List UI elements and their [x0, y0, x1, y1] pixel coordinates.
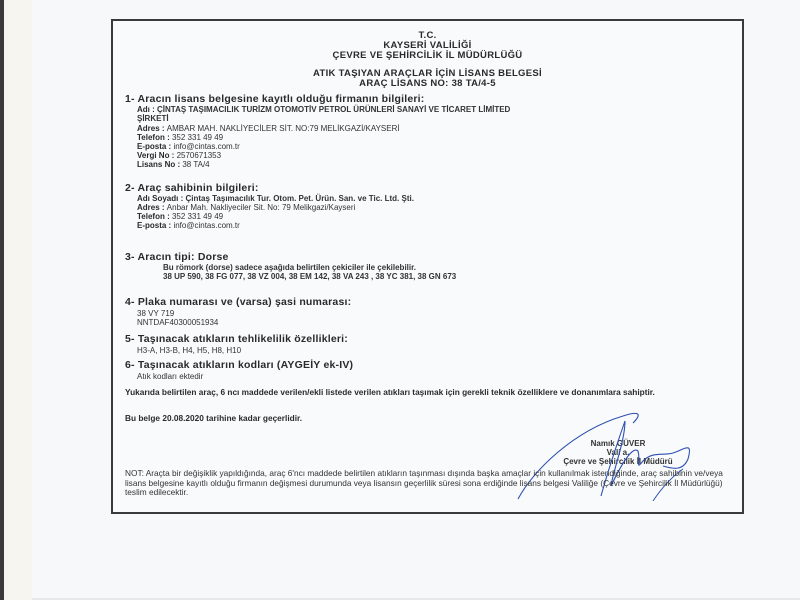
- license-document: T.C. KAYSERİ VALİLİĞİ ÇEVRE VE ŞEHİRCİLİ…: [111, 19, 744, 514]
- company-name: ÇİNTAŞ TAŞIMACILIK TURİZM OTOMOTİV PETRO…: [157, 105, 510, 114]
- label: Telefon :: [137, 133, 172, 142]
- label: E-posta :: [137, 221, 173, 230]
- section4-title: 4- Plaka numarası ve (varsa) şasi numara…: [125, 296, 351, 308]
- label: Adı Soyadı :: [137, 194, 185, 203]
- section6-title: 6- Taşınacak atıkların kodları (AYGEİY e…: [125, 359, 353, 371]
- label: Vergi No :: [137, 151, 177, 160]
- value: 352 331 49 49: [172, 212, 223, 221]
- validity-date: Bu belge 20.08.2020 tarihine kadar geçer…: [125, 414, 725, 424]
- chassis-number: NNTDAF40300051934: [137, 318, 218, 328]
- waste-codes: Atık kodları ektedir: [137, 372, 203, 382]
- section1-license: Lisans No : 38 TA/4: [137, 160, 210, 170]
- label: Adres :: [137, 203, 167, 212]
- section3-title: 3- Aracın tipi: Dorse: [125, 251, 229, 263]
- hazard-properties: H3-A, H3-B, H4, H5, H8, H10: [137, 346, 241, 356]
- license-number: ARAÇ LİSANS NO: 38 TA/4-5: [113, 78, 742, 89]
- label: E-posta :: [137, 142, 173, 151]
- label: Adı :: [137, 105, 157, 114]
- compliance-statement: Yukarıda belirtilen araç, 6 ncı maddede …: [125, 388, 715, 398]
- value: Çintaş Taşımacılık Tur. Otom. Pet. Ürün.…: [185, 194, 414, 203]
- section5-title: 5- Taşınacak atıkların tehlikelilik özel…: [125, 333, 348, 345]
- value: Anbar Mah. Nakliyeciler Sit. No: 79 Meli…: [167, 203, 356, 212]
- scan-margin: [4, 0, 32, 600]
- label: Telefon :: [137, 212, 172, 221]
- section2-email: E-posta : info@cintas.com.tr: [137, 221, 240, 231]
- footer-note: NOT: Araçta bir değişiklik yapıldığında,…: [125, 469, 745, 498]
- value: info@cintas.com.tr: [173, 221, 239, 230]
- section2-title: 2- Araç sahibinin bilgileri:: [125, 182, 259, 194]
- signatory-office: Çevre ve Şehircilik İl Müdürü: [528, 457, 708, 467]
- value: 38 TA/4: [182, 160, 209, 169]
- section3-tractors: 38 UP 590, 38 FG 077, 38 VZ 004, 38 EM 1…: [163, 272, 456, 282]
- section1-name-cont: ŞİRKETİ: [137, 114, 169, 124]
- value: 2570671353: [177, 151, 222, 160]
- value: AMBAR MAH. NAKLİYECİLER SİT. NO:79 MELİK…: [167, 124, 400, 133]
- section1-title: 1- Aracın lisans belgesine kayıtlı olduğ…: [125, 93, 424, 105]
- value: info@cintas.com.tr: [173, 142, 239, 151]
- header-directorate: ÇEVRE VE ŞEHİRCİLİK İL MÜDÜRLÜĞÜ: [113, 50, 742, 61]
- label: Lisans No :: [137, 160, 182, 169]
- section1-name: Adı : ÇİNTAŞ TAŞIMACILIK TURİZM OTOMOTİV…: [137, 105, 510, 115]
- label: Adres :: [137, 124, 167, 133]
- value: 352 331 49 49: [172, 133, 223, 142]
